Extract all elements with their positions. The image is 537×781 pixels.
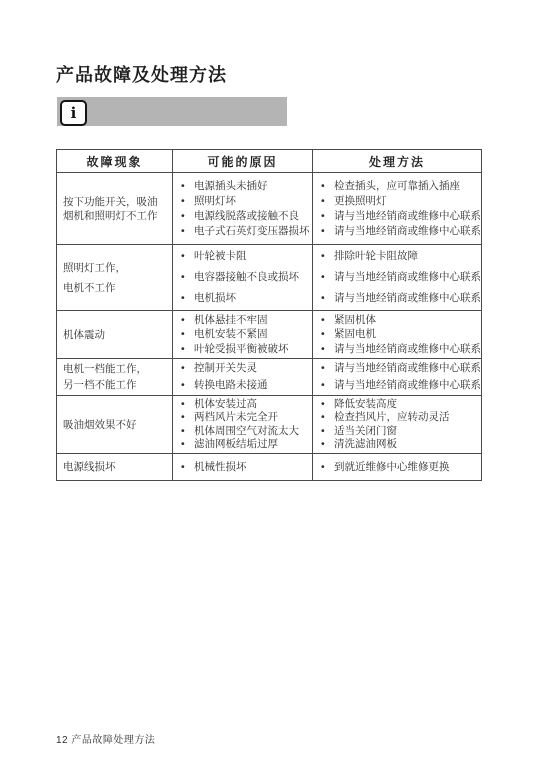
causes-list: 机械性损坏	[173, 460, 310, 474]
table-header-row: 故障现象 可能的原因 处理方法	[57, 150, 482, 173]
cause-item: 电容器接触不良或损坏	[179, 267, 310, 288]
cause-item: 叶轮受损平衡被破坏	[179, 342, 310, 357]
solution-item: 排除叶轮卡阻故障	[319, 246, 479, 267]
causes-cell: 叶轮被卡阻 电容器接触不良或损坏 电机损坏	[173, 245, 313, 311]
solution-item: 请与当地经销商或维修中心联系	[319, 267, 479, 288]
table-row: 照明灯工作， 电机不工作 叶轮被卡阻 电容器接触不良或损坏 电机损坏 排除叶轮卡…	[57, 245, 482, 311]
solutions-cell: 检查插头，应可靠插入插座 更换照明灯 请与当地经销商或维修中心联系 请与当地经销…	[313, 173, 482, 245]
phenomenon-cell: 照明灯工作， 电机不工作	[57, 245, 173, 311]
causes-list: 机体悬挂不牢固 电机安装不紧固 叶轮受损平衡被破坏	[173, 313, 310, 357]
phenomenon-cell: 吸油烟效果不好	[57, 396, 173, 454]
solutions-cell: 降低安装高度 检查挡风片，应转动灵活 适当关闭门窗 清洗滤油网板	[313, 396, 482, 454]
solution-item: 请与当地经销商或维修中心联系	[319, 209, 479, 224]
cause-item: 控制开关失灵	[179, 360, 310, 377]
solution-item: 适当关闭门窗	[319, 425, 479, 439]
cause-item: 机体安装过高	[179, 398, 310, 412]
solution-item: 紧固电机	[319, 327, 479, 342]
solution-item: 降低安装高度	[319, 398, 479, 412]
causes-cell: 电源插头未插好 照明灯坏 电源线脱落或接触不良 电子式石英灯变压器损坏	[173, 173, 313, 245]
solution-item: 到就近维修中心维修更换	[319, 460, 479, 474]
manual-page: 产品故障及处理方法 i 故障现象 可能的原因 处理方法 按下功能开关，吸油 烟机…	[0, 0, 537, 781]
phenomenon-cell: 电机一档能工作， 另一档不能工作	[57, 359, 173, 396]
cause-item: 两档风片未完全开	[179, 411, 310, 425]
causes-cell: 机体悬挂不牢固 电机安装不紧固 叶轮受损平衡被破坏	[173, 311, 313, 359]
phenomenon-line: 另一档不能工作	[63, 377, 169, 393]
phenomenon-cell: 按下功能开关，吸油 烟机和照明灯不工作	[57, 173, 173, 245]
cause-item: 电机损坏	[179, 288, 310, 309]
troubleshooting-table: 故障现象 可能的原因 处理方法 按下功能开关，吸油 烟机和照明灯不工作 电源插头…	[56, 149, 482, 481]
solution-item: 清洗滤油网板	[319, 438, 479, 452]
phenomenon-line: 电机不工作	[63, 278, 169, 298]
page-footer: 12 产品故障处理方法	[56, 731, 155, 746]
causes-list: 叶轮被卡阻 电容器接触不良或损坏 电机损坏	[173, 246, 310, 309]
solutions-list: 降低安装高度 检查挡风片，应转动灵活 适当关闭门窗 清洗滤油网板	[313, 398, 479, 452]
table-row: 机体震动 机体悬挂不牢固 电机安装不紧固 叶轮受损平衡被破坏 紧固机体 紧固电机…	[57, 311, 482, 359]
solutions-cell: 紧固机体 紧固电机 请与当地经销商或维修中心联系	[313, 311, 482, 359]
causes-cell: 控制开关失灵 转换电路未接通	[173, 359, 313, 396]
phenomenon-line: 电机一档能工作，	[63, 361, 169, 377]
cause-item: 机体周围空气对流太大	[179, 425, 310, 439]
cause-item: 电源插头未插好	[179, 179, 310, 194]
solution-item: 请与当地经销商或维修中心联系	[319, 377, 479, 394]
cause-item: 电机安装不紧固	[179, 327, 310, 342]
cause-item: 叶轮被卡阻	[179, 246, 310, 267]
phenomenon-line: 机体震动	[63, 328, 169, 342]
col-header-causes: 可能的原因	[173, 150, 313, 173]
phenomenon-line: 电源线损坏	[63, 460, 169, 474]
phenomenon-line: 按下功能开关，吸油	[63, 195, 169, 209]
solutions-cell: 请与当地经销商或维修中心联系 请与当地经销商或维修中心联系	[313, 359, 482, 396]
cause-item: 转换电路未接通	[179, 377, 310, 394]
cause-item: 照明灯坏	[179, 194, 310, 209]
solution-item: 请与当地经销商或维修中心联系	[319, 360, 479, 377]
solution-item: 检查插头，应可靠插入插座	[319, 179, 479, 194]
col-header-phenomenon: 故障现象	[57, 150, 173, 173]
solutions-list: 排除叶轮卡阻故障 请与当地经销商或维修中心联系 请与当地经销商或维修中心联系	[313, 246, 479, 309]
page-title: 产品故障及处理方法	[56, 61, 227, 87]
solution-item: 请与当地经销商或维修中心联系	[319, 342, 479, 357]
solutions-cell: 排除叶轮卡阻故障 请与当地经销商或维修中心联系 请与当地经销商或维修中心联系	[313, 245, 482, 311]
phenomenon-line: 照明灯工作，	[63, 258, 169, 278]
solution-item: 请与当地经销商或维修中心联系	[319, 288, 479, 309]
solutions-list: 到就近维修中心维修更换	[313, 460, 479, 474]
cause-item: 滤油网板结垢过厚	[179, 438, 310, 452]
solutions-list: 检查插头，应可靠插入插座 更换照明灯 请与当地经销商或维修中心联系 请与当地经销…	[313, 179, 479, 239]
table-row: 按下功能开关，吸油 烟机和照明灯不工作 电源插头未插好 照明灯坏 电源线脱落或接…	[57, 173, 482, 245]
solutions-cell: 到就近维修中心维修更换	[313, 454, 482, 481]
table-row: 吸油烟效果不好 机体安装过高 两档风片未完全开 机体周围空气对流太大 滤油网板结…	[57, 396, 482, 454]
cause-item: 机械性损坏	[179, 460, 310, 474]
solution-item: 紧固机体	[319, 313, 479, 328]
cause-item: 电源线脱落或接触不良	[179, 209, 310, 224]
cause-item: 机体悬挂不牢固	[179, 313, 310, 328]
phenomenon-line: 烟机和照明灯不工作	[63, 209, 169, 223]
causes-cell: 机体安装过高 两档风片未完全开 机体周围空气对流太大 滤油网板结垢过厚	[173, 396, 313, 454]
solutions-list: 请与当地经销商或维修中心联系 请与当地经销商或维修中心联系	[313, 360, 479, 394]
info-icon: i	[60, 100, 87, 126]
col-header-solutions: 处理方法	[313, 150, 482, 173]
solutions-list: 紧固机体 紧固电机 请与当地经销商或维修中心联系	[313, 313, 479, 357]
cause-item: 电子式石英灯变压器损坏	[179, 224, 310, 239]
info-bar: i	[57, 97, 287, 126]
phenomenon-line: 吸油烟效果不好	[63, 418, 169, 432]
phenomenon-cell: 电源线损坏	[57, 454, 173, 481]
causes-list: 控制开关失灵 转换电路未接通	[173, 360, 310, 394]
causes-cell: 机械性损坏	[173, 454, 313, 481]
solution-item: 更换照明灯	[319, 194, 479, 209]
table-row: 电源线损坏 机械性损坏 到就近维修中心维修更换	[57, 454, 482, 481]
causes-list: 机体安装过高 两档风片未完全开 机体周围空气对流太大 滤油网板结垢过厚	[173, 398, 310, 452]
phenomenon-cell: 机体震动	[57, 311, 173, 359]
solution-item: 检查挡风片，应转动灵活	[319, 411, 479, 425]
table-row: 电机一档能工作， 另一档不能工作 控制开关失灵 转换电路未接通 请与当地经销商或…	[57, 359, 482, 396]
causes-list: 电源插头未插好 照明灯坏 电源线脱落或接触不良 电子式石英灯变压器损坏	[173, 179, 310, 239]
solution-item: 请与当地经销商或维修中心联系	[319, 224, 479, 239]
